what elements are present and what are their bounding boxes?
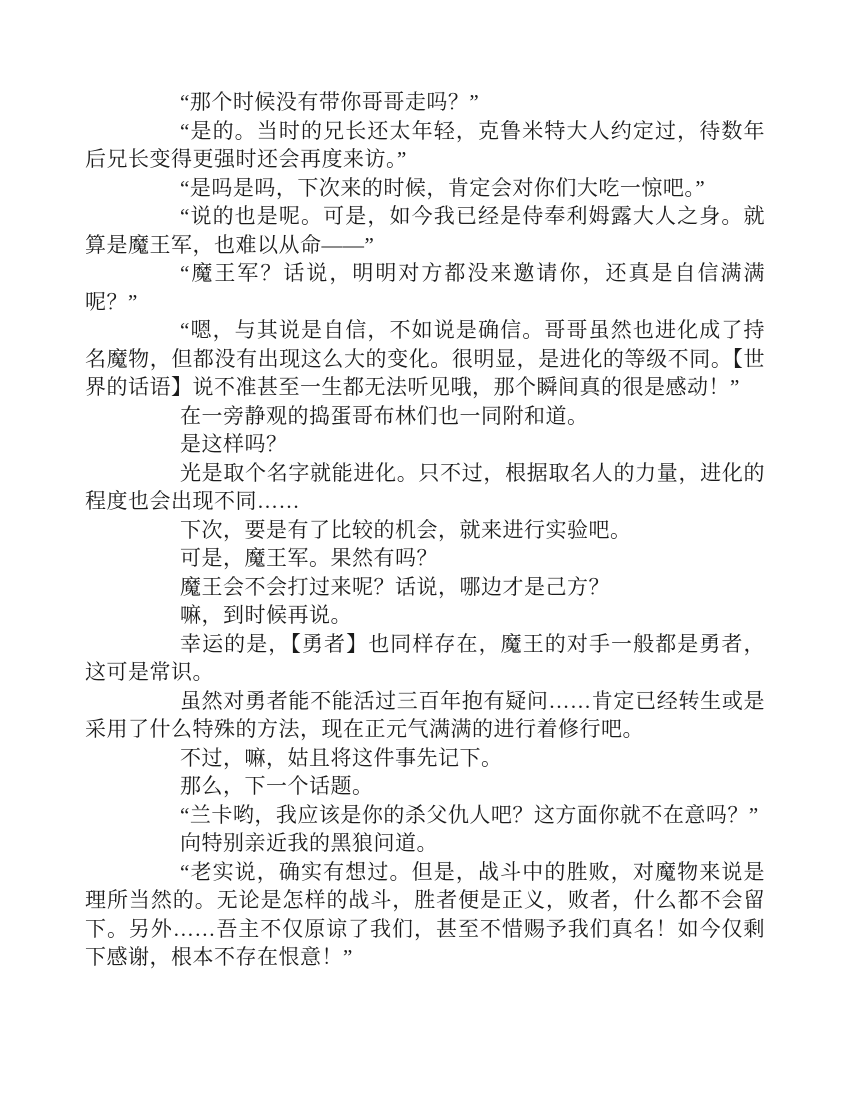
paragraph: “说的也是呢。可是，如今我已经是侍奉利姆露大人之身。就算是魔王军，也难以从命——… [85,202,765,259]
paragraph: 下次，要是有了比较的机会，就来进行实验吧。 [85,516,765,545]
paragraph: 光是取个名字就能进化。只不过，根据取名人的力量，进化的程度也会出现不同…… [85,459,765,516]
paragraph: “魔王军？话说，明明对方都没来邀请你，还真是自信满满呢？” [85,259,765,316]
paragraph: “嗯，与其说是自信，不如说是确信。哥哥虽然也进化成了持名魔物，但都没有出现这么大… [85,316,765,402]
paragraph: “那个时候没有带你哥哥走吗？” [85,88,765,117]
paragraph: 虽然对勇者能不能活过三百年抱有疑问……肯定已经转生或是采用了什么特殊的方法，现在… [85,687,765,744]
ebook-page: “那个时候没有带你哥哥走吗？”“是的。当时的兄长还太年轻，克鲁米特大人约定过，待… [0,0,850,1100]
paragraph: 可是，魔王军。果然有吗？ [85,544,765,573]
paragraph: 向特别亲近我的黑狼问道。 [85,829,765,858]
paragraph: “老实说，确实有想过。但是，战斗中的胜败，对魔物来说是理所当然的。无论是怎样的战… [85,858,765,972]
page-content: “那个时候没有带你哥哥走吗？”“是的。当时的兄长还太年轻，克鲁米特大人约定过，待… [85,88,765,972]
paragraph: 在一旁静观的捣蛋哥布林们也一同附和道。 [85,402,765,431]
paragraph: “是的。当时的兄长还太年轻，克鲁米特大人约定过，待数年后兄长变得更强时还会再度来… [85,117,765,174]
paragraph: “是吗是吗，下次来的时候，肯定会对你们大吃一惊吧。” [85,174,765,203]
paragraph: “兰卡哟，我应该是你的杀父仇人吧？这方面你就不在意吗？” [85,801,765,830]
paragraph: 幸运的是，【勇者】也同样存在，魔王的对手一般都是勇者，这可是常识。 [85,630,765,687]
paragraph: 那么，下一个话题。 [85,772,765,801]
paragraph: 是这样吗？ [85,430,765,459]
paragraph: 嘛，到时候再说。 [85,601,765,630]
paragraph: 魔王会不会打过来呢？话说，哪边才是己方？ [85,573,765,602]
paragraph: 不过，嘛，姑且将这件事先记下。 [85,744,765,773]
